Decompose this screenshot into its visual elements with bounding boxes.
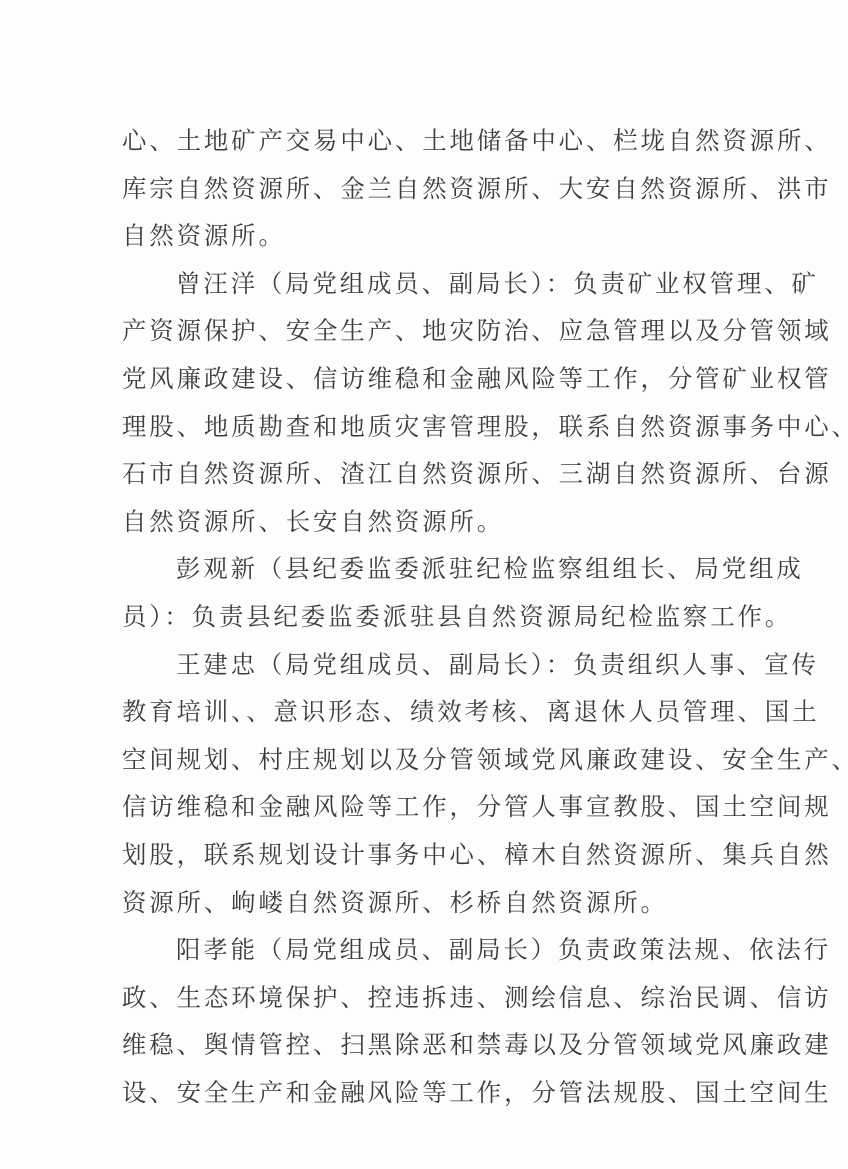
text-line: 设、安全生产和金融风险等工作，分管法规股、国土空间生 xyxy=(122,1069,702,1117)
text-line: 石市自然资源所、渣江自然资源所、三湖自然资源所、台源 xyxy=(122,450,702,498)
text-line: 资源所、岣嵝自然资源所、杉桥自然资源所。 xyxy=(122,879,702,927)
text-line: 信访维稳和金融风险等工作，分管人事宣教股、国土空间规 xyxy=(122,783,702,831)
paragraph-yang-xiaoneng: 阳孝能（局党组成员、副局长）负责政策法规、依法行 政、生态环境保护、控违拆违、测… xyxy=(122,926,702,1116)
text-line: 库宗自然资源所、金兰自然资源所、大安自然资源所、洪市 xyxy=(122,165,702,213)
text-line: 王建忠（局党组成员、副局长）：负责组织人事、宣传 xyxy=(122,641,702,689)
text-line: 维稳、舆情管控、扫黑除恶和禁毒以及分管领域党风廉政建 xyxy=(122,1021,702,1069)
paragraph-zeng-wangyang: 曾汪洋（局党组成员、副局长）：负责矿业权管理、矿 产资源保护、安全生产、地灾防治… xyxy=(122,260,702,546)
paragraph-peng-guanxin: 彭观新（县纪委监委派驻纪检监察组组长、局党组成 员）：负责县纪委监委派驻县自然资… xyxy=(122,545,702,640)
text-line: 空间规划、村庄规划以及分管领域党风廉政建设、安全生产、 xyxy=(122,736,702,784)
paragraph-continued: 心、土地矿产交易中心、土地储备中心、栏垅自然资源所、 库宗自然资源所、金兰自然资… xyxy=(122,117,702,260)
text-line: 产资源保护、安全生产、地灾防治、应急管理以及分管领域 xyxy=(122,307,702,355)
text-line: 阳孝能（局党组成员、副局长）负责政策法规、依法行 xyxy=(122,926,702,974)
text-line: 划股，联系规划设计事务中心、樟木自然资源所、集兵自然 xyxy=(122,831,702,879)
text-line: 自然资源所。 xyxy=(122,212,702,260)
text-line: 理股、地质勘查和地质灾害管理股，联系自然资源事务中心、 xyxy=(122,403,702,451)
text-line: 彭观新（县纪委监委派驻纪检监察组组长、局党组成 xyxy=(122,545,702,593)
text-line: 教育培训、、意识形态、绩效考核、离退休人员管理、国土 xyxy=(122,688,702,736)
text-line: 自然资源所、长安自然资源所。 xyxy=(122,498,702,546)
document-page: 心、土地矿产交易中心、土地储备中心、栏垅自然资源所、 库宗自然资源所、金兰自然资… xyxy=(122,117,702,1116)
text-line: 员）：负责县纪委监委派驻县自然资源局纪检监察工作。 xyxy=(122,593,702,641)
text-line: 心、土地矿产交易中心、土地储备中心、栏垅自然资源所、 xyxy=(122,117,702,165)
text-line: 政、生态环境保护、控违拆违、测绘信息、综治民调、信访 xyxy=(122,974,702,1022)
text-line: 党风廉政建设、信访维稳和金融风险等工作，分管矿业权管 xyxy=(122,355,702,403)
text-line: 曾汪洋（局党组成员、副局长）：负责矿业权管理、矿 xyxy=(122,260,702,308)
paragraph-wang-jianzhong: 王建忠（局党组成员、副局长）：负责组织人事、宣传 教育培训、、意识形态、绩效考核… xyxy=(122,641,702,927)
